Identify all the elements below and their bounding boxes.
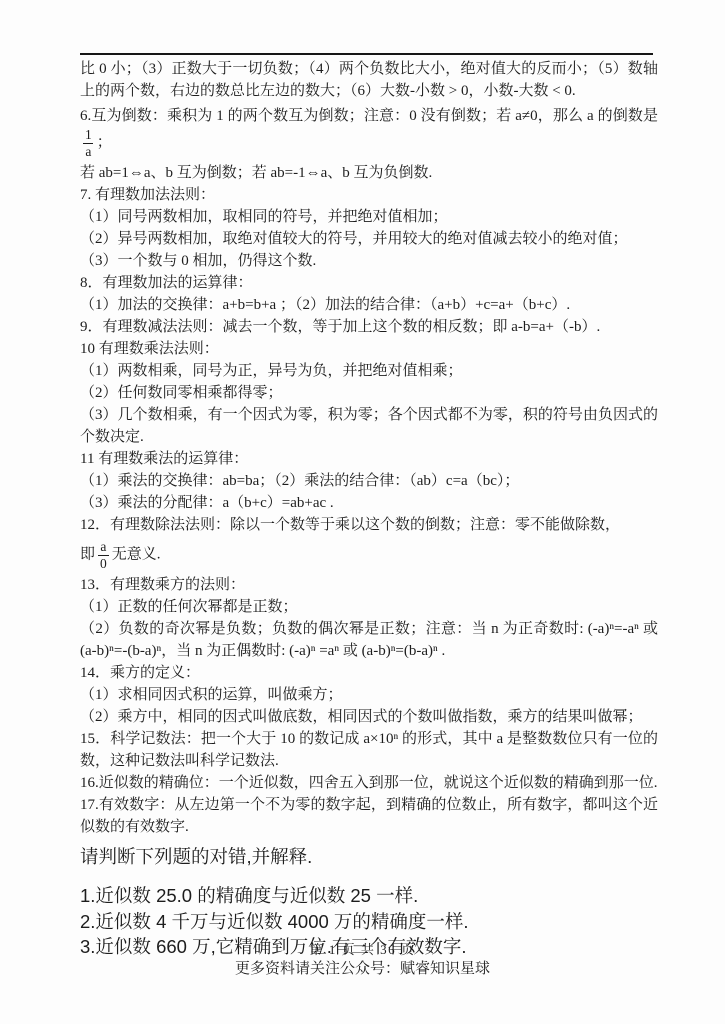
quiz-intro: 请判断下列题的对错,并解释. (80, 844, 658, 870)
rule-10-item-3: （3）几个数相乘，有一个因式为零，积为零；各个因式都不为零，积的符号由负因式的个… (80, 404, 658, 448)
footer-page-number: 第 1 页 共 36 页 (0, 941, 725, 958)
line-text: 无意义. (112, 546, 161, 562)
reciprocal-continuation-line: 若 ab=1⇔a、b 互为倒数；若 ab=-1⇔a、b 互为负倒数. (80, 162, 658, 184)
rule-7-item-3: （3）一个数与 0 相加，仍得这个数. (80, 250, 658, 272)
division-undefined-line: 即a0无意义. (80, 536, 658, 574)
line-text: ； (97, 134, 112, 150)
rule-14-item-2: （2）乘方中，相同的因式叫做底数，相同因式的个数叫做指数，乘方的结果叫做幂； (80, 706, 658, 728)
rule-8-heading: 8．有理数加法的运算律： (80, 272, 658, 294)
rule-11-heading: 11 有理数乘法的运算律： (80, 448, 658, 470)
line-text: 6.互为倒数：乘积为 1 的两个数互为倒数；注意：0 没有倒数；若 a≠0，那么… (80, 108, 658, 124)
rule-13-item-1: （1）正数的任何次幂都是正数； (80, 596, 658, 618)
reciprocal-definition-line: 6.互为倒数：乘积为 1 的两个数互为倒数；注意：0 没有倒数；若 a≠0，那么… (80, 102, 658, 162)
quiz-item-1: 1.近似数 25.0 的精确度与近似数 25 一样. (80, 883, 658, 909)
quiz-item-2: 2.近似数 4 千万与近似数 4000 万的精确度一样. (80, 909, 658, 935)
rule-17-line: 17.有效数字：从左边第一个不为零的数字起，到精确的位数止，所有数字，都叫这个近… (80, 794, 658, 838)
rule-11-item-1: （1）乘法的交换律：ab=ba；（2）乘法的结合律：（ab）c=a（bc）； (80, 470, 658, 492)
rule-9-line: 9．有理数减法法则：减去一个数，等于加上这个数的相反数；即 a-b=a+（-b）… (80, 316, 658, 338)
page-body: 比 0 小；（3）正数大于一切负数；（4）两个负数比大小，绝对值大的反而小；（5… (80, 58, 658, 960)
rule-8-item-1: （1）加法的交换律：a+b=b+a ；（2）加法的结合律：（a+b）+c=a+（… (80, 294, 658, 316)
rule-10-item-2: （2）任何数同零相乘都得零； (80, 382, 658, 404)
rule-13-item-2: （2）负数的奇次幂是负数；负数的偶次幂是正数；注意：当 n 为正奇数时: (-a… (80, 618, 658, 662)
rule-10-item-1: （1）两数相乘，同号为正，异号为负，并把绝对值相乘； (80, 360, 658, 382)
fraction-one-over-a: 1a (83, 127, 94, 159)
rule-7-item-2: （2）异号两数相加，取绝对值较大的符号，并用较大的绝对值减去较小的绝对值； (80, 228, 658, 250)
number-comparison-rules-line: 比 0 小；（3）正数大于一切负数；（4）两个负数比大小，绝对值大的反而小；（5… (80, 58, 658, 102)
fraction-denominator: a (83, 143, 93, 160)
rule-13-heading: 13．有理数乘方的法则： (80, 574, 658, 596)
document-page: 比 0 小；（3）正数大于一切负数；（4）两个负数比大小，绝对值大的反而小；（5… (0, 0, 725, 1024)
rule-7-item-1: （1）同号两数相加，取相同的符号，并把绝对值相加； (80, 206, 658, 228)
line-text: 即 (80, 546, 95, 562)
rule-14-heading: 14．乘方的定义： (80, 662, 658, 684)
rule-16-line: 16.近似数的精确位：一个近似数，四舍五入到那一位，就说这个近似数的精确到那一位… (80, 772, 658, 794)
fraction-numerator: a (98, 539, 108, 555)
rule-12-line: 12．有理数除法法则：除以一个数等于乘以这个数的倒数；注意：零不能做除数， (80, 514, 658, 536)
fraction-a-over-zero: a0 (98, 539, 109, 571)
rule-11-item-3: （3）乘法的分配律：a（b+c）=ab+ac . (80, 492, 658, 514)
fraction-numerator: 1 (83, 127, 94, 143)
fraction-denominator: 0 (98, 555, 109, 572)
rule-14-item-1: （1）求相同因式积的运算，叫做乘方； (80, 684, 658, 706)
rule-10-heading: 10 有理数乘法法则： (80, 338, 658, 360)
rule-15-line: 15．科学记数法：把一个大于 10 的数记成 a×10ⁿ 的形式，其中 a 是整… (80, 728, 658, 772)
rule-7-heading: 7. 有理数加法法则： (80, 184, 658, 206)
header-rule (80, 53, 653, 55)
page-footer: 第 1 页 共 36 页 更多资料请关注公众号：赋睿知识星球 (0, 941, 725, 979)
footer-promo: 更多资料请关注公众号：赋睿知识星球 (0, 960, 725, 979)
